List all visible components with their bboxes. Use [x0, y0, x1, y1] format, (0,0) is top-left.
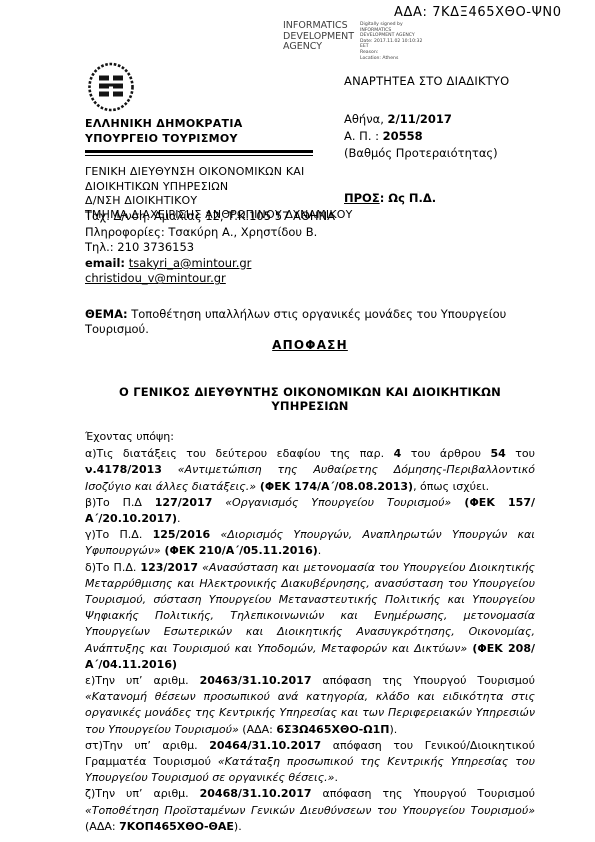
having-regard-intro: Έχοντας υπόψη: — [85, 429, 535, 445]
contact-persons: Πληροφορίες: Τσακύρη Α., Χρηστίδου Β. — [85, 225, 335, 241]
header-right: ΑΝΑΡΤΗΤΕΑ ΣΤΟ ΔΙΑΔΙΚΤΥΟ Αθήνα, 2/11/2017… — [344, 74, 509, 205]
recipient-line: ΠΡΟΣ: Ως Π.Δ. — [344, 191, 509, 205]
text-run: 7ΚΟΠ465ΧΘΟ-ΘΑΕ — [119, 820, 234, 833]
text-run: του — [506, 447, 535, 460]
text-run: 6Σ3Ω465ΧΘΟ-Ω1Π — [276, 723, 389, 736]
document-page: ΑΔΑ: 7ΚΔΞ465ΧΘΟ-ΨΝ0 INFORMATICS DEVELOPM… — [0, 0, 595, 842]
text-run: ν.4178/2013 — [85, 463, 162, 476]
text-run: του άρθρου — [401, 447, 490, 460]
phone-number: Τηλ.: 210 3736153 — [85, 240, 335, 256]
postal-address: Ταχ. Δ/νση: Αμαλίας 12, Τ.Κ.105 57 ΑΘΗΝΑ — [85, 209, 335, 225]
subject-text: Τοποθέτηση υπαλλήλων στις οργανικές μονά… — [85, 307, 506, 336]
city-label: Αθήνα, — [344, 112, 384, 126]
text-run: (ΦΕΚ 210/Α΄/05.11.2016) — [161, 544, 318, 557]
text-run: «Οργανισμός Υπουργείου Τουρισμού» — [225, 496, 451, 509]
signature-agency-name: INFORMATICS DEVELOPMENT AGENCY — [283, 21, 355, 61]
protocol-line: Α. Π. : 20558 — [344, 129, 509, 143]
greek-emblem-icon — [87, 62, 135, 112]
signature-details: Digitally signed by INFORMATICS DEVELOPM… — [360, 21, 430, 61]
subject-label: ΘΕΜΑ: — [85, 307, 128, 321]
text-run: ). — [389, 723, 397, 736]
text-run: (ΑΔΑ: — [85, 820, 119, 833]
text-run: β)Το Π.Δ — [85, 496, 155, 509]
publish-note: ΑΝΑΡΤΗΤΕΑ ΣΤΟ ΔΙΑΔΙΚΤΥΟ — [344, 74, 509, 88]
signature-detail-line: Date: 2017.11.02 10:10:32 — [360, 39, 430, 45]
text-run: απόφαση της Υπουργού Τουρισμού — [311, 674, 535, 687]
ministry-title: ΥΠΟΥΡΓΕΙΟ ΤΟΥΡΙΣΜΟΥ — [85, 132, 335, 147]
text-run: ). — [234, 820, 242, 833]
text-run: 127/2017 — [155, 496, 213, 509]
text-run — [212, 496, 225, 509]
body-paragraph: γ)Το Π.Δ. 125/2016 «Διορισμός Υπουργών, … — [85, 527, 535, 559]
text-run: απόφαση της Υπουργού Τουρισμού — [312, 787, 536, 800]
signature-detail-line: Location: Athens — [360, 56, 430, 62]
body-paragraph: ζ)Την υπ’ αριθμ. 20468/31.10.2017 απόφασ… — [85, 786, 535, 835]
contact-block: Ταχ. Δ/νση: Αμαλίας 12, Τ.Κ.105 57 ΑΘΗΝΑ… — [85, 209, 335, 287]
header-left: ΕΛΛΗΝΙΚΗ ΔΗΜΟΚΡΑΤΙΑ ΥΠΟΥΡΓΕΙΟ ΤΟΥΡΙΣΜΟΥ … — [85, 62, 335, 223]
text-run: , όπως ισχύει. — [413, 480, 489, 493]
date-line: Αθήνα, 2/11/2017 — [344, 112, 509, 126]
protocol-label: Α. Π. : — [344, 129, 379, 143]
text-run: στ)Την υπ’ αριθμ. — [85, 739, 209, 752]
department-line: Δ/ΝΣΗ ΔΙΟΙΚΗΤΙΚΟΥ — [85, 194, 335, 208]
body-paragraph: ε)Την υπ’ αριθμ. 20463/31.10.2017 απόφασ… — [85, 673, 535, 738]
document-body: Έχοντας υπόψη: α)Τις διατάξεις του δεύτε… — [85, 429, 535, 835]
text-run — [210, 528, 220, 541]
text-run: «Τοποθέτηση Προϊσταμένων Γενικών Διευθύν… — [85, 804, 535, 817]
decision-heading: ΑΠΟΦΑΣΗ — [85, 338, 535, 352]
document-date: 2/11/2017 — [388, 112, 452, 126]
text-run: . — [334, 771, 338, 784]
text-run: 54 — [490, 447, 505, 460]
body-paragraph: δ)Το Π.Δ. 123/2017 «Ανασύσταση και μετον… — [85, 560, 535, 673]
text-run: . — [318, 544, 322, 557]
text-run — [162, 463, 178, 476]
text-run: 20464/31.10.2017 — [209, 739, 321, 752]
text-run: ζ)Την υπ’ αριθμ. — [85, 787, 200, 800]
email-link-2[interactable]: christidou_v@mintour.gr — [85, 271, 226, 285]
body-paragraphs: α)Τις διατάξεις του δεύτερου εδαφίου της… — [85, 446, 535, 835]
priority-note: (Βαθμός Προτεραιότητας) — [344, 146, 509, 160]
text-run: α)Τις διατάξεις του δεύτερου εδαφίου της… — [85, 447, 394, 460]
republic-title: ΕΛΛΗΝΙΚΗ ΔΗΜΟΚΡΑΤΙΑ — [85, 117, 335, 132]
email-label: email: — [85, 256, 125, 270]
to-value: : Ως Π.Δ. — [380, 191, 436, 205]
header-divider — [85, 150, 313, 156]
text-run: 123/2017 — [140, 561, 198, 574]
text-run: δ)Το Π.Δ. — [85, 561, 140, 574]
department-line: ΓΕΝΙΚΗ ΔΙΕΥΘΥΝΣΗ ΟΙΚΟΝΟΜΙΚΩΝ ΚΑΙ — [85, 165, 335, 179]
text-run: 125/2016 — [153, 528, 211, 541]
text-run: 20463/31.10.2017 — [200, 674, 312, 687]
digital-signature-stamp: INFORMATICS DEVELOPMENT AGENCY Digitally… — [283, 21, 430, 61]
department-line: ΔΙΟΙΚΗΤΙΚΩΝ ΥΠΗΡΕΣΙΩΝ — [85, 180, 335, 194]
text-run: γ)Το Π.Δ. — [85, 528, 153, 541]
to-label: ΠΡΟΣ — [344, 191, 380, 205]
subject-line: ΘΕΜΑ: Τοποθέτηση υπαλλήλων στις οργανικέ… — [85, 307, 537, 337]
text-run: «Ανασύσταση και μετονομασία του Υπουργεί… — [85, 561, 535, 655]
text-run: (ΑΔΑ: — [239, 723, 277, 736]
text-run: (ΦΕΚ 174/Α΄/08.08.2013) — [256, 480, 413, 493]
text-run: . — [177, 512, 181, 525]
protocol-number: 20558 — [383, 129, 423, 143]
body-paragraph: β)Το Π.Δ 127/2017 «Οργανισμός Υπουργείου… — [85, 495, 535, 527]
email-line: email: tsakyri_a@mintour.gr — [85, 256, 335, 272]
body-paragraph: α)Τις διατάξεις του δεύτερου εδαφίου της… — [85, 446, 535, 495]
text-run: 20468/31.10.2017 — [200, 787, 312, 800]
ada-number: ΑΔΑ: 7ΚΔΞ465ΧΘΟ-ΨΝ0 — [394, 5, 562, 20]
email-link-1[interactable]: tsakyri_a@mintour.gr — [129, 256, 252, 270]
authority-heading: Ο ΓΕΝΙΚΟΣ ΔΙΕΥΘΥΝΤΗΣ ΟΙΚΟΝΟΜΙΚΩΝ ΚΑΙ ΔΙΟ… — [85, 385, 535, 413]
body-paragraph: στ)Την υπ’ αριθμ. 20464/31.10.2017 απόφα… — [85, 738, 535, 787]
text-run: ε)Την υπ’ αριθμ. — [85, 674, 200, 687]
